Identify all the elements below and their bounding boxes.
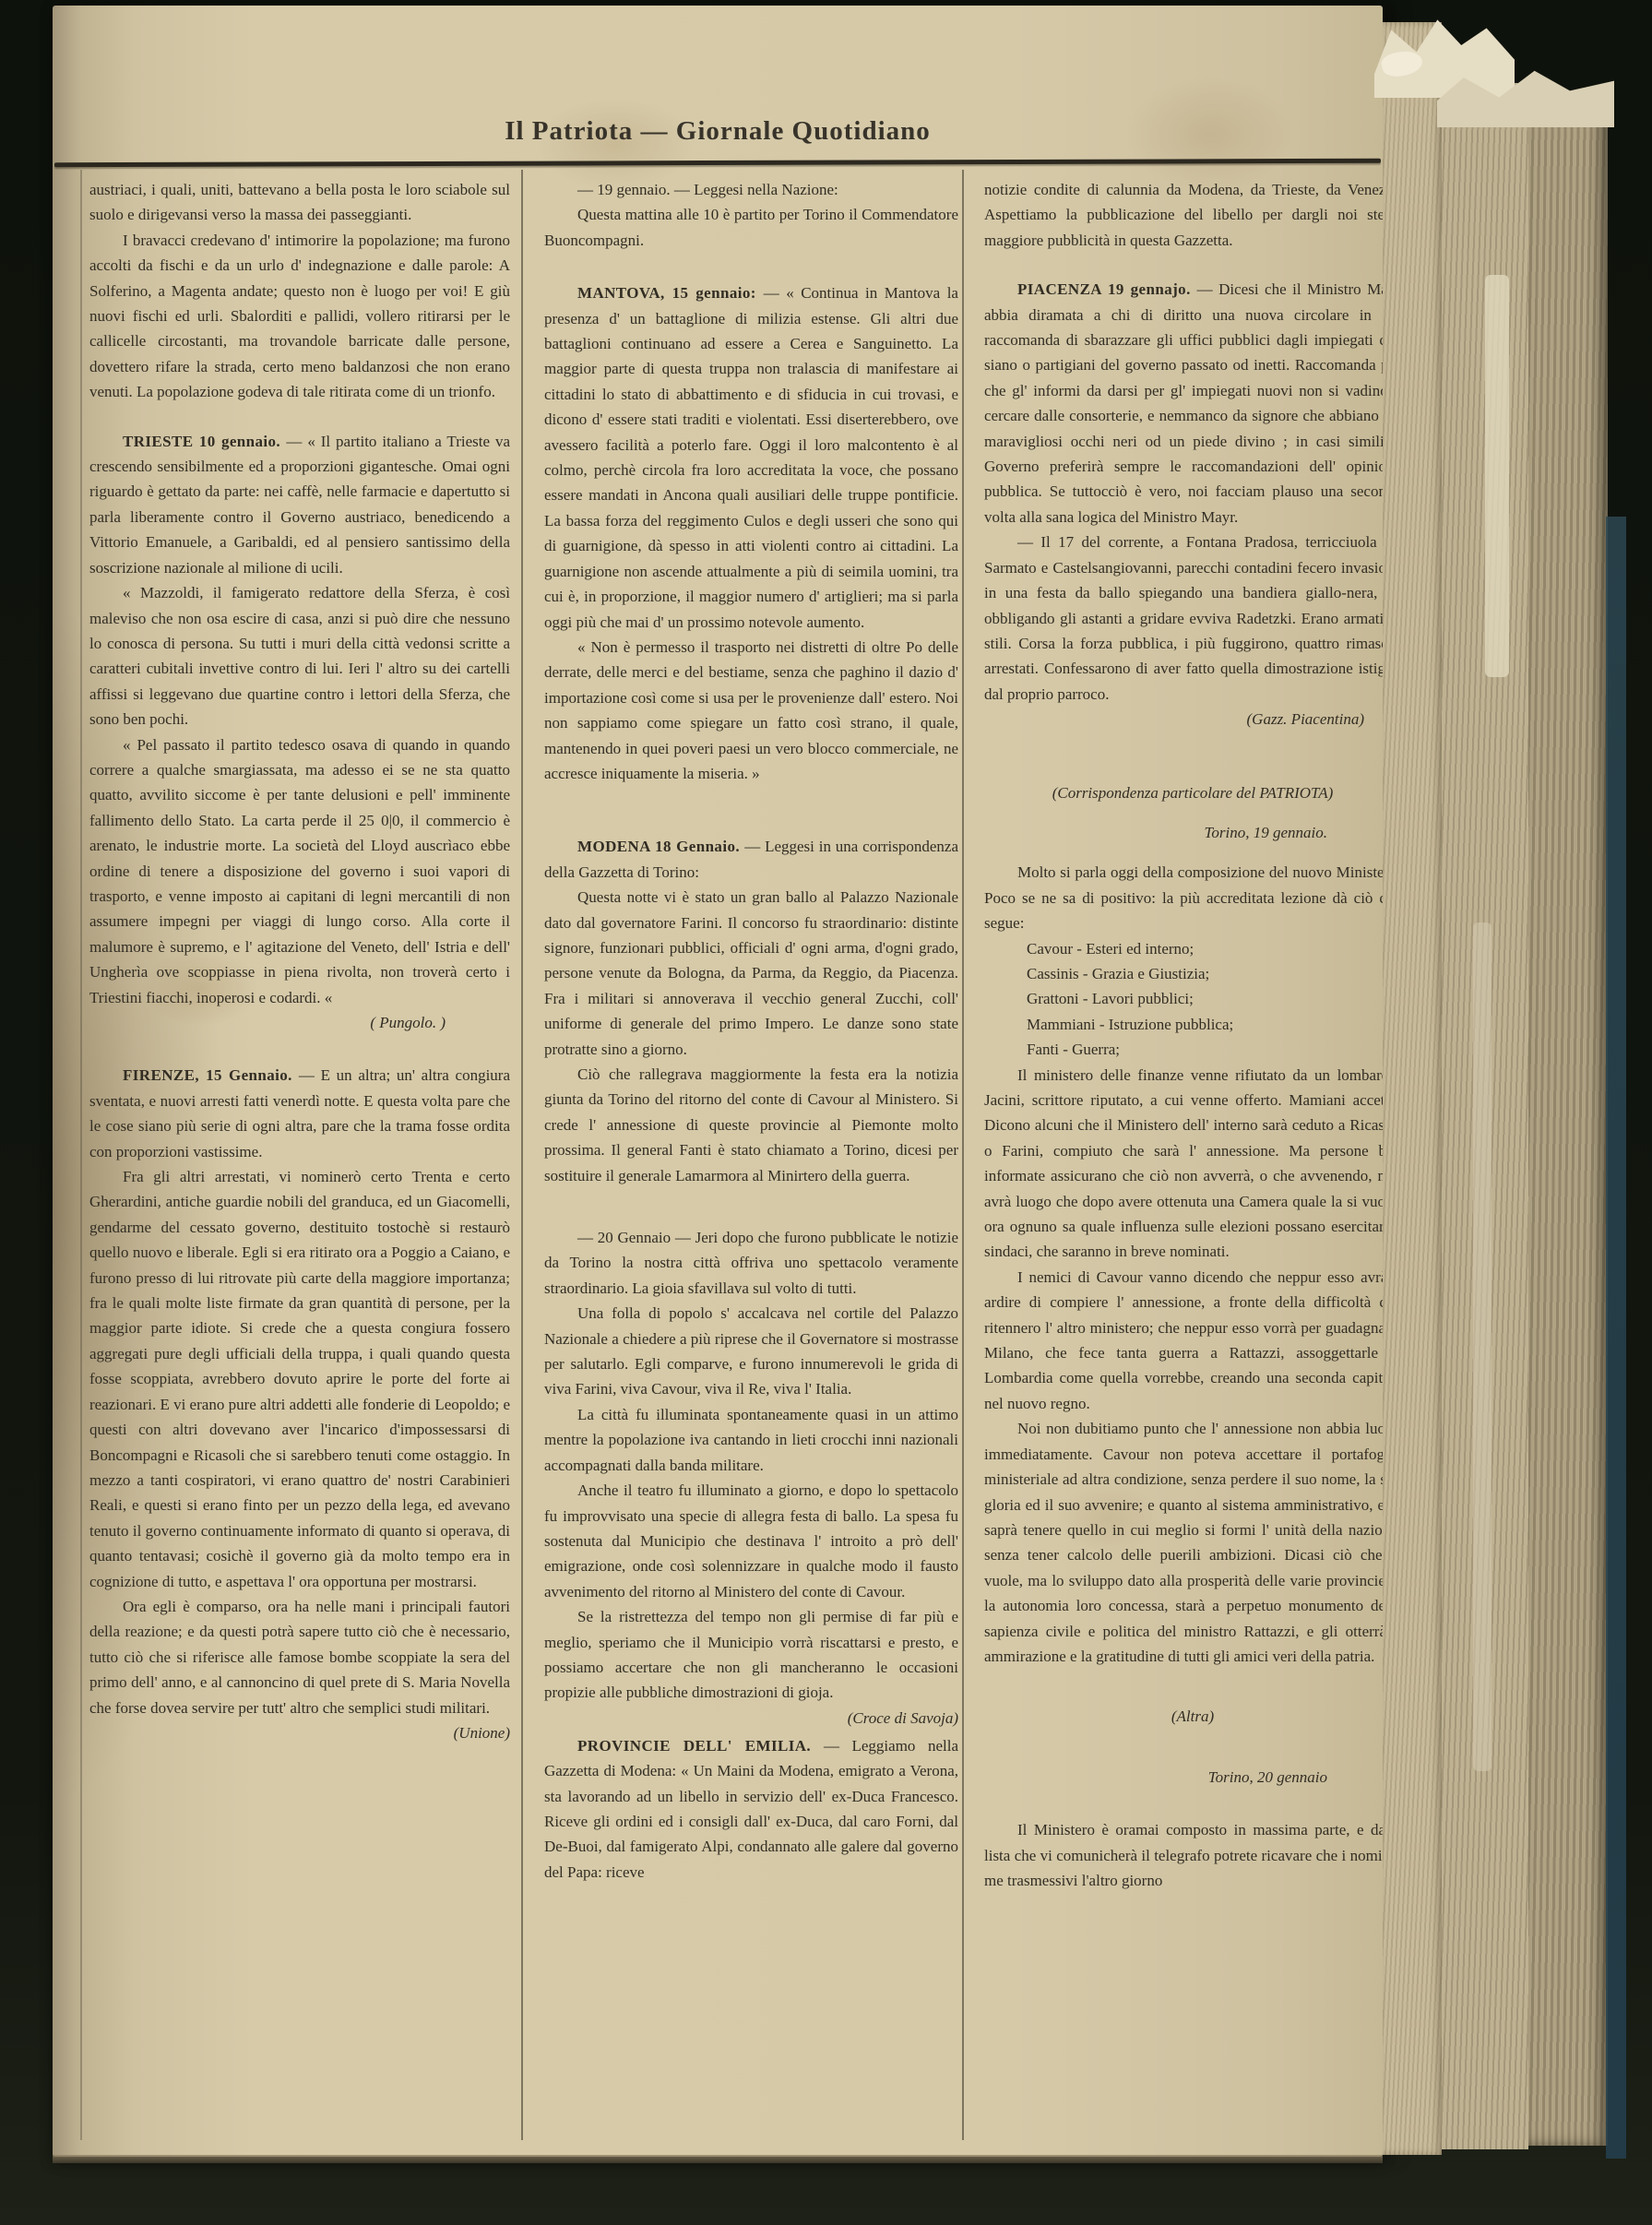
page-edge-gap-light: [1485, 275, 1509, 677]
paragraph: Fanti - Guerra;: [984, 1037, 1401, 1062]
paragraph: Torino, 19 gennaio.: [984, 820, 1401, 845]
dateline-lead: PIACENZA 19 gennajo.: [1017, 280, 1197, 298]
paragraph: Questa notte vi è stato un gran ballo al…: [544, 885, 958, 1062]
source-attribution: ( Pungolo. ): [89, 1010, 510, 1035]
scanned-book-photo: Il Patriota — Giornale Quotidiano austri…: [0, 0, 1652, 2225]
paragraph: MODENA 18 Gennaio. — Leggesi in una corr…: [544, 834, 958, 885]
paragraph: Torino, 20 gennaio: [984, 1765, 1401, 1790]
paragraph: (Corrispondenza particolare del PATRIOTA…: [984, 780, 1401, 805]
paragraph: Il Ministero è oramai composto in massim…: [984, 1817, 1401, 1893]
paragraph: MANTOVA, 15 gennaio: — « Continua in Man…: [544, 280, 958, 635]
paragraph: (Altra): [984, 1704, 1401, 1729]
source-attribution: (Gazz. Piacentina): [984, 707, 1401, 732]
dateline-lead: TRIESTE 10 gennaio.: [123, 433, 286, 450]
newspaper-page: Il Patriota — Giornale Quotidiano austri…: [53, 6, 1383, 2157]
book-page-edges-inner: [1383, 22, 1442, 2155]
dateline-lead: MODENA 18 Gennaio.: [577, 838, 744, 855]
paragraph: Fra gli altri arrestati, vi nominerò cer…: [89, 1164, 510, 1594]
paragraph: — Il 17 del corrente, a Fontana Pradosa,…: [984, 529, 1401, 707]
paragraph: Se la ristrettezza del tempo non gli per…: [544, 1604, 958, 1706]
paragraph: — 20 Gennaio — Jeri dopo che furono pubb…: [544, 1225, 958, 1301]
paragraph: TRIESTE 10 gennaio. — « Il partito itali…: [89, 429, 510, 580]
paragraph: La città fu illuminata spontaneamente qu…: [544, 1402, 958, 1478]
masthead-rule: [54, 159, 1381, 168]
paragraph: « Mazzoldi, il famigerato redattore dell…: [89, 580, 510, 732]
column-divider-2: [962, 170, 964, 2140]
paragraph: I nemici di Cavour vanno dicendo che nep…: [984, 1265, 1401, 1416]
paragraph: Il ministero delle finanze venne rifiuta…: [984, 1063, 1401, 1265]
dateline-lead: PROVINCIE DELL' EMILIA.: [577, 1737, 824, 1755]
page-edge-gap-faint: [1473, 922, 1492, 1771]
column-3: notizie condite di calunnia da Modena, d…: [984, 177, 1401, 2148]
paragraph: Anche il teatro fu illuminato a giorno, …: [544, 1478, 958, 1604]
paragraph: Questa mattina alle 10 è partito per Tor…: [544, 202, 958, 253]
dateline-lead: MANTOVA, 15 gennaio:: [577, 284, 764, 302]
paragraph: — 19 gennaio. — Leggesi nella Nazione:: [544, 177, 958, 202]
paragraph: Una folla di popolo s' accalcava nel cor…: [544, 1301, 958, 1402]
paragraph: Grattoni - Lavori pubblici;: [984, 986, 1401, 1011]
paragraph: Ora egli è comparso, ora ha nelle mani i…: [89, 1594, 510, 1720]
paragraph: PIACENZA 19 gennajo. — Dicesi che il Min…: [984, 277, 1401, 529]
paragraph: « Pel passato il partito tedesco osava d…: [89, 732, 510, 1010]
source-attribution: (Unione): [408, 1720, 510, 1745]
masthead-title: Il Patriota — Giornale Quotidiano: [53, 116, 1383, 147]
dateline-lead: FIRENZE, 15 Gennaio.: [123, 1066, 299, 1084]
paragraph: I bravacci credevano d' intimorire la po…: [89, 228, 510, 405]
paragraph: Cassinis - Grazia e Giustizia;: [984, 961, 1401, 986]
paragraph: « Non è permesso il trasporto nei distre…: [544, 635, 958, 786]
column-2: — 19 gennaio. — Leggesi nella Nazione:Qu…: [544, 177, 958, 2148]
paragraph: Noi non dubitiamo punto che l' annession…: [984, 1416, 1401, 1669]
column-1: austriaci, i quali, uniti, battevano a b…: [89, 177, 510, 2148]
book-cover-sliver: [1606, 517, 1626, 2159]
paragraph: PROVINCIE DELL' EMILIA. — Leggiamo nella…: [544, 1733, 958, 1885]
paragraph: FIRENZE, 15 Gennaio. — E un altra; un' a…: [89, 1063, 510, 1164]
paragraph: Mammiani - Istruzione pubblica;: [984, 1012, 1401, 1037]
paragraph: Ciò che rallegrava maggiormente la festa…: [544, 1062, 958, 1188]
left-margin-rule: [80, 170, 82, 2140]
paragraph: Molto si parla oggi della composizione d…: [984, 860, 1401, 935]
paragraph: notizie condite di calunnia da Modena, d…: [984, 177, 1401, 253]
source-attribution: (Croce di Savoja): [802, 1706, 958, 1731]
column-divider-1: [521, 170, 523, 2140]
page-bottom-edge: [53, 2155, 1383, 2163]
paragraph: Cavour - Esteri ed interno;: [984, 936, 1401, 961]
book-page-edges-outer: [1528, 100, 1608, 2146]
paragraph: austriaci, i quali, uniti, battevano a b…: [89, 177, 510, 228]
